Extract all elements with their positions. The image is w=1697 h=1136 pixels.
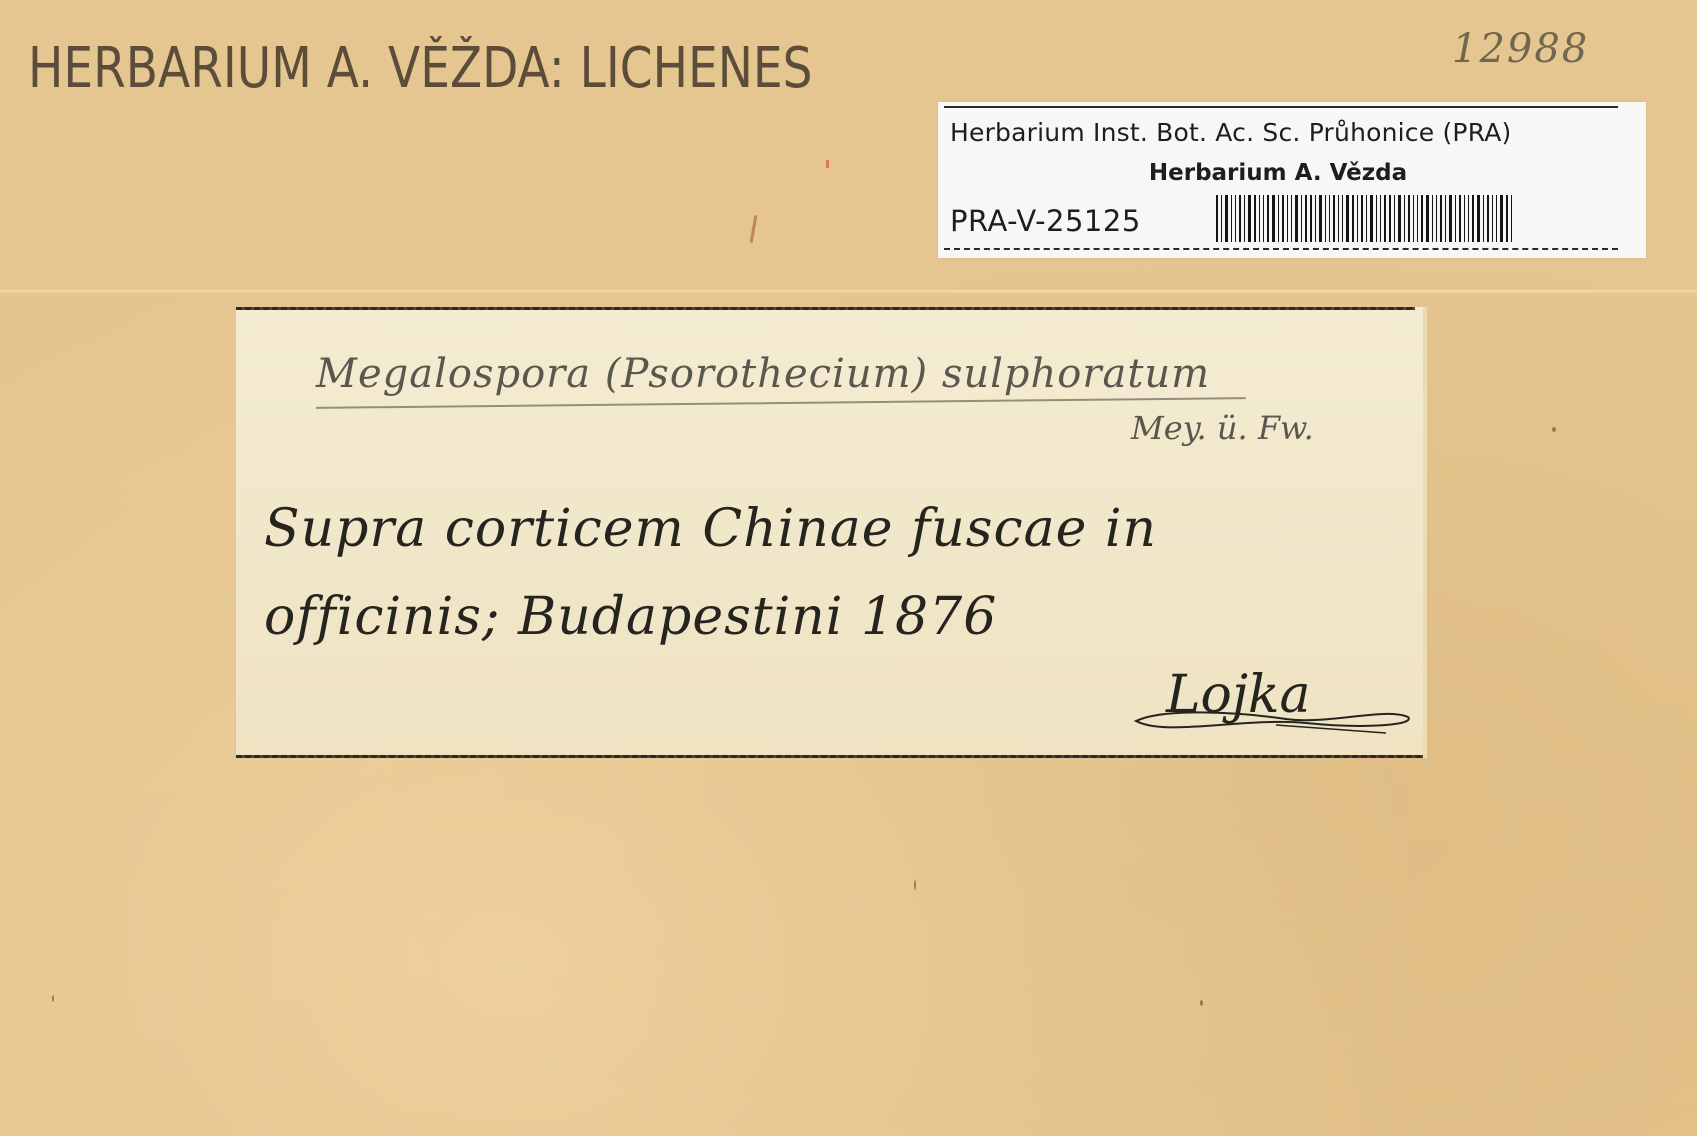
- barcode-bar: [1376, 195, 1377, 242]
- barcode-bar: [1440, 195, 1442, 242]
- label-top-rule: [944, 106, 1618, 108]
- barcode-bar: [1449, 195, 1452, 242]
- barcode-bar: [1380, 195, 1381, 242]
- barcode-bar: [1366, 195, 1367, 242]
- herbarium-stamp: HERBARIUM A. VĚŽDA: LICHENES: [28, 36, 812, 101]
- barcode-bar: [1421, 195, 1423, 242]
- barcode-bar: [1432, 195, 1433, 242]
- barcode-bar: [1357, 195, 1358, 242]
- paper-speck: [1552, 427, 1556, 432]
- barcode-bar: [1384, 195, 1386, 242]
- barcode-bar: [1248, 195, 1251, 242]
- barcode-bar: [1404, 195, 1405, 242]
- red-mark: [826, 160, 829, 168]
- paper-speck: [914, 880, 916, 890]
- barcode-bar: [1445, 195, 1446, 242]
- barcode-bar: [1398, 195, 1401, 242]
- taxon-name: Megalospora (Psorothecium) sulphoratum: [316, 351, 1210, 397]
- barcode-bar: [1413, 195, 1414, 242]
- barcode-bar: [1506, 195, 1508, 242]
- barcode-bar: [1511, 195, 1512, 242]
- barcode-bar: [1272, 195, 1275, 242]
- barcode-bar: [1468, 195, 1469, 242]
- barcode-bar: [1278, 195, 1279, 242]
- barcode-bar: [1361, 195, 1363, 242]
- paper-speck: [52, 995, 54, 1002]
- locality-line-2: officinis; Budapestini 1876: [264, 587, 997, 647]
- barcode-bar: [1287, 195, 1288, 242]
- barcode-bar: [1305, 195, 1307, 242]
- barcode-bar: [1235, 195, 1236, 242]
- fold-line: [0, 290, 1697, 293]
- barcode-bar: [1329, 195, 1330, 242]
- barcode-bar: [1346, 195, 1349, 242]
- barcode-label: Herbarium Inst. Bot. Ac. Sc. Průhonice (…: [938, 102, 1646, 258]
- barcode-bar: [1338, 195, 1339, 242]
- taxon-author: Mey. ü. Fw.: [1131, 409, 1314, 447]
- barcode-bar: [1310, 195, 1312, 242]
- barcode-bar: [1426, 195, 1429, 242]
- barcode-bar: [1259, 195, 1260, 242]
- barcode-bar: [1301, 195, 1302, 242]
- barcode-bar: [1394, 195, 1395, 242]
- barcode-bar: [1342, 195, 1343, 242]
- barcode-bar: [1370, 195, 1373, 242]
- barcode-bar: [1319, 195, 1322, 242]
- catalog-number: PRA-V-25125: [950, 204, 1141, 238]
- barcode-bar: [1352, 195, 1354, 242]
- barcode-bar: [1225, 195, 1228, 242]
- locality-line-1: Supra corticem Chinae fuscae in: [264, 499, 1157, 559]
- barcode-bar: [1315, 195, 1316, 242]
- barcode-bar: [1291, 195, 1292, 242]
- barcode-bar: [1477, 195, 1480, 242]
- institution-name: Herbarium Inst. Bot. Ac. Sc. Průhonice (…: [950, 118, 1512, 147]
- original-specimen-label: Megalospora (Psorothecium) sulphoratum M…: [235, 307, 1427, 758]
- accession-number: 12988: [1452, 26, 1589, 72]
- signature-flourish-icon: [1126, 703, 1416, 737]
- label-dashed-rule: [944, 248, 1618, 250]
- barcode-bar: [1417, 195, 1418, 242]
- barcode-bar: [1464, 195, 1465, 242]
- barcode-bar: [1263, 195, 1264, 242]
- label-top-rule: [236, 307, 1415, 310]
- barcode-bar: [1483, 195, 1484, 242]
- barcode-bar: [1333, 195, 1335, 242]
- barcode-bar: [1496, 195, 1497, 242]
- barcode-bar: [1231, 195, 1232, 242]
- collection-name: Herbarium A. Vězda: [938, 160, 1598, 186]
- barcode-bar: [1325, 195, 1326, 242]
- barcode-bar: [1408, 195, 1410, 242]
- barcode-bar: [1244, 195, 1245, 242]
- barcode-bar: [1216, 195, 1218, 242]
- barcode-bar: [1436, 195, 1437, 242]
- barcode-bar: [1254, 195, 1256, 242]
- barcode-bar: [1267, 195, 1269, 242]
- paper-speck: [1200, 1000, 1203, 1006]
- barcode-bar: [1295, 195, 1298, 242]
- taxon-underline: [316, 397, 1246, 409]
- herbarium-sheet: HERBARIUM A. VĚŽDA: LICHENES 12988 Herba…: [0, 0, 1697, 1136]
- barcode-icon: [1216, 195, 1606, 242]
- barcode-bar: [1221, 195, 1222, 242]
- barcode-bar: [1282, 195, 1284, 242]
- barcode-bar: [1455, 195, 1456, 242]
- barcode-bar: [1239, 195, 1241, 242]
- barcode-bar: [1500, 195, 1503, 242]
- barcode-bar: [1389, 195, 1391, 242]
- barcode-bar: [1492, 195, 1493, 242]
- barcode-bar: [1487, 195, 1489, 242]
- label-bottom-rule: [236, 755, 1423, 758]
- barcode-bar: [1472, 195, 1474, 242]
- barcode-bar: [1459, 195, 1461, 242]
